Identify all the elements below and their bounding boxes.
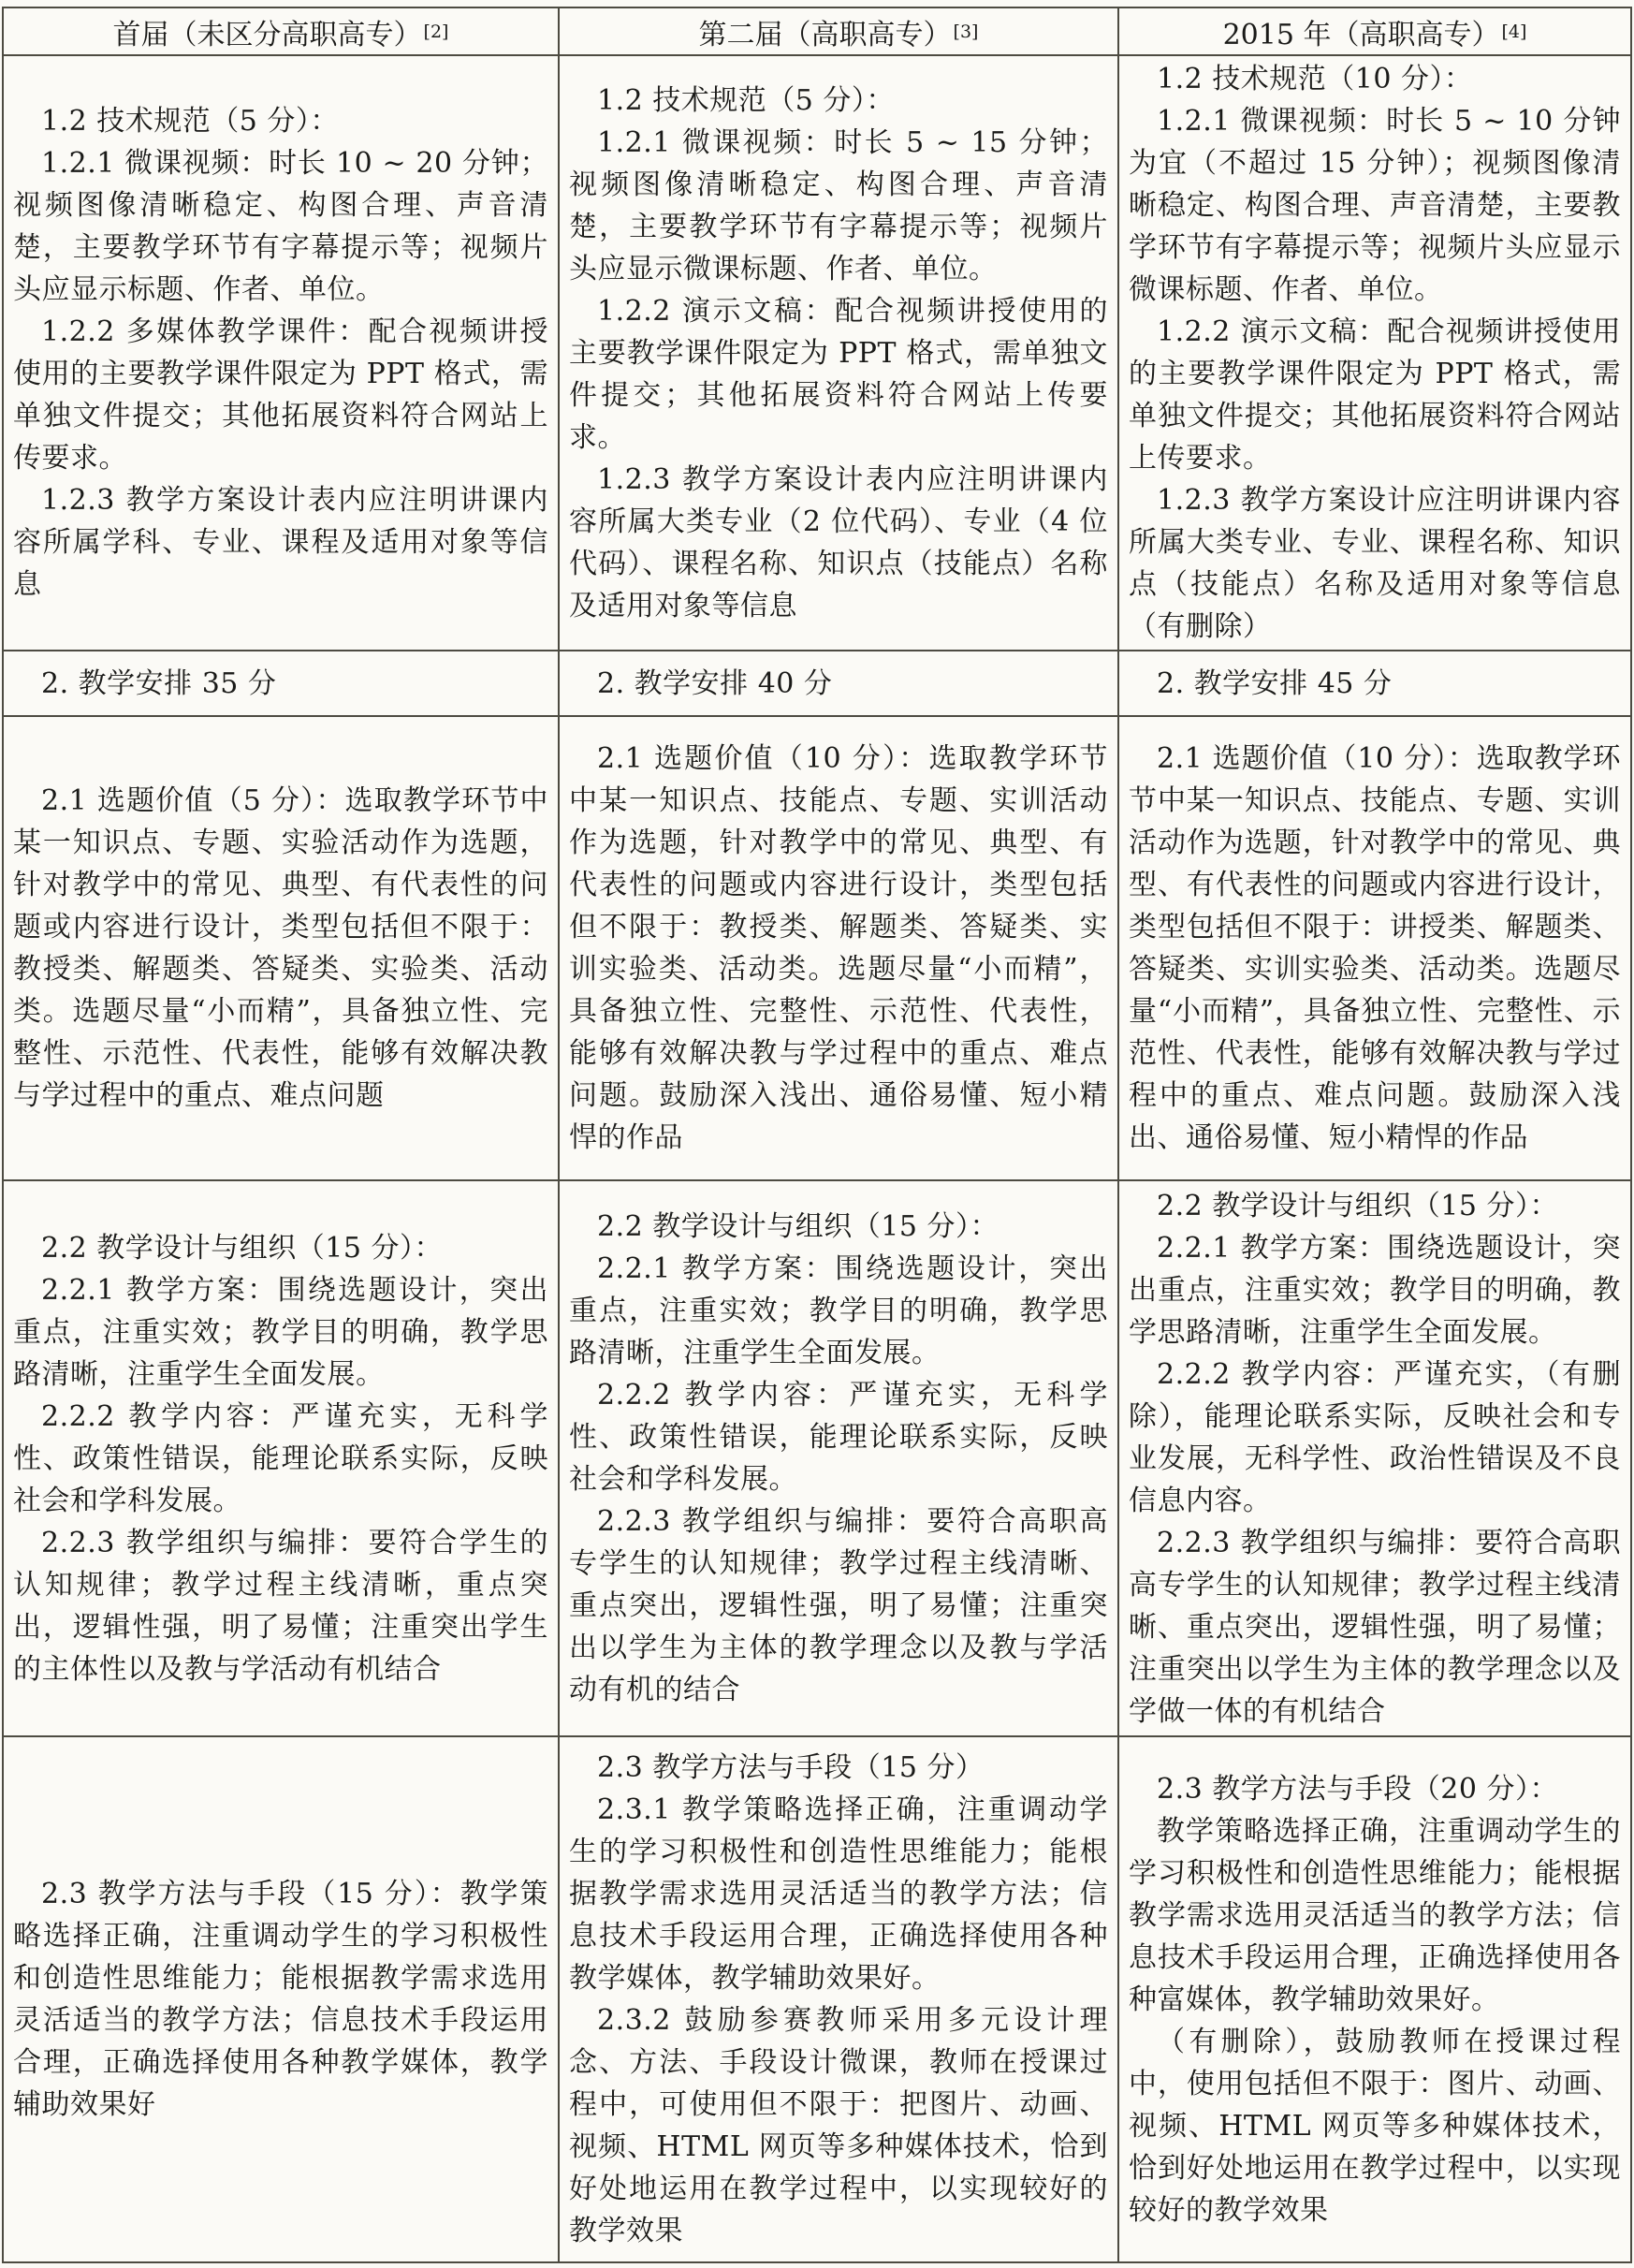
cell-paragraph: 2. 教学安排 40 分	[569, 663, 1108, 705]
table-cell: 1.2 技术规范（10 分）：1.2.1 微课视频：时长 5 ~ 10 分钟为宜…	[1117, 56, 1630, 650]
table-cell: 2.2 教学设计与组织（15 分）：2.2.1 教学方案：围绕选题设计，突出重点…	[558, 1181, 1117, 1735]
table-cell: 2.1 选题价值（5 分）：选取教学环节中某一知识点、专题、实验活动作为选题，针…	[4, 717, 558, 1179]
row-teaching-design-organization: 2.2 教学设计与组织（15 分）：2.2.1 教学方案：围绕选题设计，突出重点…	[4, 1179, 1630, 1735]
cell-paragraph: 1.2.3 教学方案设计应注明讲课内容所属大类专业、专业、课程名称、知识点（技能…	[1129, 479, 1621, 648]
cell-paragraph: 2.2.3 教学组织与编排：要符合学生的认知规律；教学过程主线清晰，重点突出，逻…	[13, 1522, 548, 1690]
cell-paragraph: 教学策略选择正确，注重调动学生的学习积极性和创造性思维能力；能根据教学需求选用灵…	[1129, 1810, 1621, 2021]
cell-paragraph: 2.3.2 鼓励参赛教师采用多元设计理念、方法、手段设计微课，教师在授课过程中，…	[569, 1999, 1108, 2252]
table-cell: 2.2 教学设计与组织（15 分）：2.2.1 教学方案：围绕选题设计，突出重点…	[4, 1181, 558, 1735]
cell-paragraph: 1.2.2 演示文稿：配合视频讲授使用的主要教学课件限定为 PPT 格式，需单独…	[569, 290, 1108, 459]
cell-paragraph: 2.2.3 教学组织与编排：要符合高职高专学生的认知规律；教学过程主线清晰、重点…	[1129, 1522, 1621, 1733]
cell-paragraph: 2.3 教学方法与手段（20 分）：	[1129, 1768, 1621, 1810]
cell-paragraph: 2.1 选题价值（10 分）：选取教学环节中某一知识点、技能点、专题、实训活动作…	[1129, 738, 1621, 1159]
cell-paragraph: 1.2.3 教学方案设计表内应注明讲课内容所属大类专业（2 位代码）、专业（4 …	[569, 459, 1108, 627]
cell-paragraph: 1.2.2 演示文稿：配合视频讲授使用的主要教学课件限定为 PPT 格式，需单独…	[1129, 311, 1621, 479]
table-cell: 2.1 选题价值（10 分）：选取教学环节中某一知识点、技能点、专题、实训活动作…	[558, 717, 1117, 1179]
cell-paragraph: 1.2.1 微课视频：时长 5 ~ 10 分钟为宜（不超过 15 分钟）；视频图…	[1129, 100, 1621, 311]
cell-paragraph: 2.2.2 教学内容：严谨充实，（有删除），能理论联系实际，反映社会和专业发展，…	[1129, 1353, 1621, 1522]
cell-paragraph: 1.2 技术规范（5 分）：	[569, 80, 1108, 122]
column-header-label: 第二届（高职高专）	[699, 11, 952, 52]
cell-paragraph: 2.3 教学方法与手段（15 分）	[569, 1747, 1108, 1789]
cell-paragraph: 2. 教学安排 45 分	[1129, 663, 1621, 705]
row-topic-value: 2.1 选题价值（5 分）：选取教学环节中某一知识点、专题、实验活动作为选题，针…	[4, 715, 1630, 1179]
table-cell: 2. 教学安排 35 分	[4, 651, 558, 715]
table-cell: 2. 教学安排 40 分	[558, 651, 1117, 715]
cell-paragraph: 2.2.1 教学方案：围绕选题设计，突出重点，注重实效；教学目的明确，教学思路清…	[569, 1248, 1108, 1374]
cell-paragraph: 2. 教学安排 35 分	[13, 663, 548, 705]
cell-paragraph: 2.3 教学方法与手段（15 分）：教学策略选择正确，注重调动学生的学习积极性和…	[13, 1873, 548, 2126]
cell-paragraph: 2.2.1 教学方案：围绕选题设计，突出重点，注重实效；教学目的明确，教学思路清…	[1129, 1227, 1621, 1353]
cell-paragraph: 2.2.2 教学内容：严谨充实，无科学性、政策性错误，能理论联系实际，反映社会和…	[569, 1374, 1108, 1500]
table-cell: 1.2 技术规范（5 分）：1.2.1 微课视频：时长 5 ~ 15 分钟；视频…	[558, 56, 1117, 650]
scanned-document-page: 首届（未区分高职高专）[2] 第二届（高职高专）[3] 2015 年（高职高专）…	[0, 0, 1634, 2268]
table-cell: 2.3 教学方法与手段（15 分）2.3.1 教学策略选择正确，注重调动学生的学…	[558, 1737, 1117, 2261]
cell-paragraph: 2.1 选题价值（10 分）：选取教学环节中某一知识点、技能点、专题、实训活动作…	[569, 738, 1108, 1159]
column-header-label: 2015 年（高职高专）	[1223, 11, 1500, 52]
cell-paragraph: 1.2.1 微课视频：时长 5 ~ 15 分钟；视频图像清晰稳定、构图合理、声音…	[569, 122, 1108, 290]
table-cell: 1.2 技术规范（5 分）：1.2.1 微课视频：时长 10 ~ 20 分钟；视…	[4, 56, 558, 650]
cell-paragraph: 2.2 教学设计与组织（15 分）：	[13, 1227, 548, 1269]
table-cell: 2.3 教学方法与手段（15 分）：教学策略选择正确，注重调动学生的学习积极性和…	[4, 1737, 558, 2261]
row-teaching-arrangement: 2. 教学安排 35 分 2. 教学安排 40 分 2. 教学安排 45 分	[4, 650, 1630, 715]
row-technical-spec: 1.2 技术规范（5 分）：1.2.1 微课视频：时长 10 ~ 20 分钟；视…	[4, 54, 1630, 650]
cell-paragraph: 2.2.3 教学组织与编排：要符合高职高专学生的认知规律；教学过程主线清晰、重点…	[569, 1500, 1108, 1711]
table-cell: 2.1 选题价值（10 分）：选取教学环节中某一知识点、技能点、专题、实训活动作…	[1117, 717, 1630, 1179]
cell-paragraph: 2.3.1 教学策略选择正确，注重调动学生的学习积极性和创造性思维能力；能根据教…	[569, 1789, 1108, 1999]
cell-paragraph: （有删除），鼓励教师在授课过程中，使用包括但不限于：图片、动画、视频、HTML …	[1129, 2021, 1621, 2231]
cell-paragraph: 1.2 技术规范（10 分）：	[1129, 58, 1621, 100]
column-header-second-edition: 第二届（高职高专）[3]	[558, 8, 1117, 54]
cell-paragraph: 1.2.3 教学方案设计表内应注明讲课内容所属学科、专业、课程及适用对象等信息	[13, 479, 548, 606]
cell-paragraph: 1.2 技术规范（5 分）：	[13, 100, 548, 142]
cell-paragraph: 2.2 教学设计与组织（15 分）：	[569, 1206, 1108, 1248]
table-header-row: 首届（未区分高职高专）[2] 第二届（高职高专）[3] 2015 年（高职高专）…	[4, 8, 1630, 54]
cell-paragraph: 1.2.2 多媒体教学课件：配合视频讲授使用的主要教学课件限定为 PPT 格式，…	[13, 311, 548, 479]
column-header-label: 首届（未区分高职高专）	[113, 11, 422, 52]
table-cell: 2.3 教学方法与手段（20 分）：教学策略选择正确，注重调动学生的学习积极性和…	[1117, 1737, 1630, 2261]
column-header-first-edition: 首届（未区分高职高专）[2]	[4, 8, 558, 54]
cell-paragraph: 2.1 选题价值（5 分）：选取教学环节中某一知识点、专题、实验活动作为选题，针…	[13, 780, 548, 1117]
table-cell: 2. 教学安排 45 分	[1117, 651, 1630, 715]
cell-paragraph: 2.2 教学设计与组织（15 分）：	[1129, 1185, 1621, 1227]
column-header-2015-edition: 2015 年（高职高专）[4]	[1117, 8, 1630, 54]
cell-paragraph: 2.2.2 教学内容：严谨充实，无科学性、政策性错误，能理论联系实际，反映社会和…	[13, 1396, 548, 1522]
row-teaching-methods-means: 2.3 教学方法与手段（15 分）：教学策略选择正确，注重调动学生的学习积极性和…	[4, 1735, 1630, 2261]
cell-paragraph: 2.2.1 教学方案：围绕选题设计，突出重点，注重实效；教学目的明确，教学思路清…	[13, 1269, 548, 1396]
cell-paragraph: 1.2.1 微课视频：时长 10 ~ 20 分钟；视频图像清晰稳定、构图合理、声…	[13, 142, 548, 311]
table-cell: 2.2 教学设计与组织（15 分）：2.2.1 教学方案：围绕选题设计，突出重点…	[1117, 1181, 1630, 1735]
criteria-comparison-table: 首届（未区分高职高专）[2] 第二届（高职高专）[3] 2015 年（高职高专）…	[2, 7, 1632, 2263]
